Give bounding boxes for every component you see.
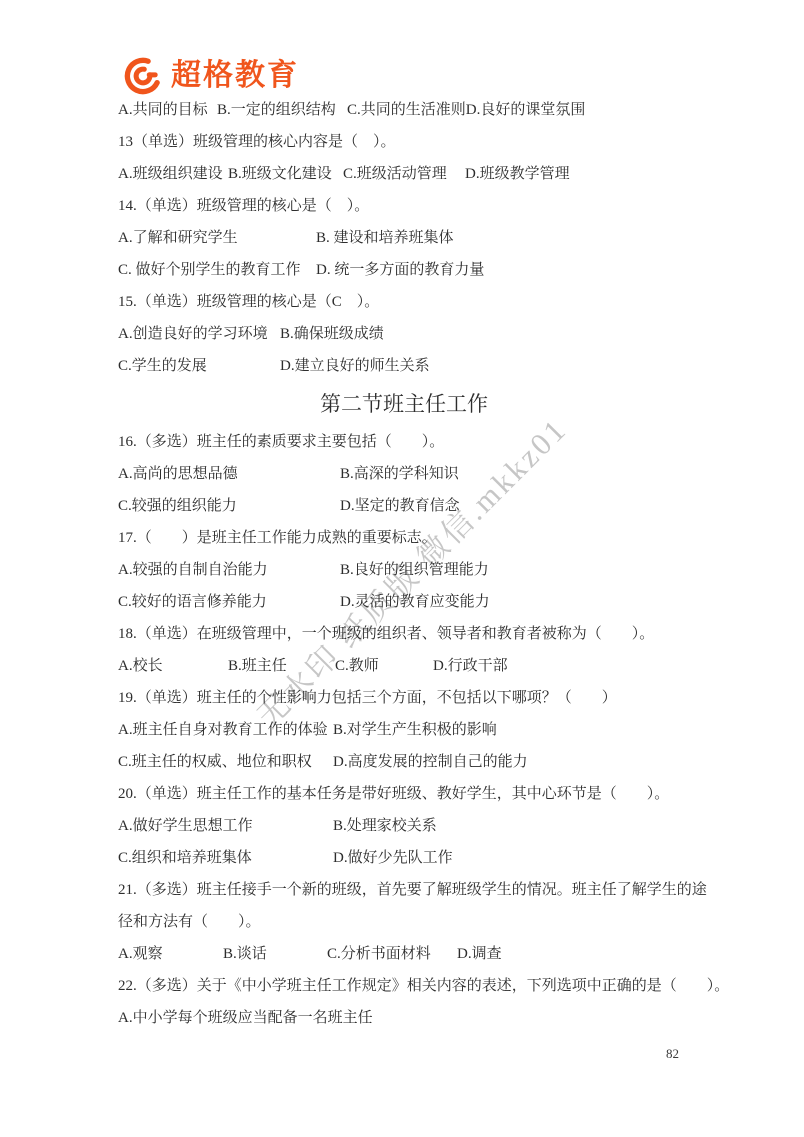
text-segment: 15.（单选）班级管理的核心是（C ）。 (118, 286, 379, 318)
text-segment: A.班主任自身对教育工作的体验 (118, 714, 333, 746)
question-line: A.中小学每个班级应当配备一名班主任 (118, 1002, 690, 1034)
text-segment: D.灵活的教育应变能力 (340, 586, 490, 618)
question-line: 径和方法有（ ）。 (118, 906, 690, 938)
text-segment: B.班级文化建设 (228, 158, 343, 190)
question-line: 19.（单选）班主任的个性影响力包括三个方面，不包括以下哪项？（ ） (118, 682, 690, 714)
text-segment: C.班级活动管理 (343, 158, 465, 190)
question-line: C. 做好个别学生的教育工作D. 统一多方面的教育力量 (118, 254, 690, 286)
text-segment: C.较强的组织能力 (118, 490, 340, 522)
text-segment: 16.（多选）班主任的素质要求主要包括（ ）。 (118, 426, 444, 458)
text-segment: D.高度发展的控制自己的能力 (333, 746, 528, 778)
question-line: C.组织和培养班集体D.做好少先队工作 (118, 842, 690, 874)
text-segment: D.调查 (457, 938, 502, 970)
text-segment: A.中小学每个班级应当配备一名班主任 (118, 1002, 373, 1034)
question-line: C.学生的发展D.建立良好的师生关系 (118, 350, 690, 382)
text-segment: A.共同的目标 (118, 94, 217, 126)
question-line: A.较强的自制自治能力B.良好的组织管理能力 (118, 554, 690, 586)
question-line: A.观察B.谈话C.分析书面材料D.调查 (118, 938, 690, 970)
question-line: A.了解和研究学生B. 建设和培养班集体 (118, 222, 690, 254)
question-line: 20.（单选）班主任工作的基本任务是带好班级、教好学生，其中心环节是（ ）。 (118, 778, 690, 810)
text-segment: 20.（单选）班主任工作的基本任务是带好班级、教好学生，其中心环节是（ ）。 (118, 778, 669, 810)
text-segment: B.确保班级成绩 (280, 318, 384, 350)
question-line: A.班级组织建设B.班级文化建设C.班级活动管理D.班级教学管理 (118, 158, 690, 190)
text-segment: D.做好少先队工作 (333, 842, 453, 874)
text-segment: 14.（单选）班级管理的核心是（ ）。 (118, 190, 369, 222)
question-line: A.班主任自身对教育工作的体验B.对学生产生积极的影响 (118, 714, 690, 746)
text-segment: A.做好学生思想工作 (118, 810, 333, 842)
text-segment: C.分析书面材料 (327, 938, 457, 970)
page-number: 82 (666, 1046, 679, 1062)
text-segment: C.学生的发展 (118, 350, 280, 382)
question-line: 14.（单选）班级管理的核心是（ ）。 (118, 190, 690, 222)
question-line: A.高尚的思想品德B.高深的学科知识 (118, 458, 690, 490)
question-list: A.共同的目标B.一定的组织结构C.共同的生活准则D.良好的课堂氛围13（单选）… (118, 94, 690, 1034)
text-segment: B.高深的学科知识 (340, 458, 459, 490)
text-segment: A.高尚的思想品德 (118, 458, 340, 490)
question-line: C.较强的组织能力D.坚定的教育信念 (118, 490, 690, 522)
text-segment: 22.（多选）关于《中小学班主任工作规定》相关内容的表述，下列选项中正确的是（ … (118, 970, 729, 1002)
text-segment: B.班主任 (228, 650, 335, 682)
text-segment: C.教师 (335, 650, 433, 682)
text-segment: B.一定的组织结构 (217, 94, 347, 126)
text-segment: 径和方法有（ ）。 (118, 906, 261, 938)
text-segment: A.了解和研究学生 (118, 222, 316, 254)
question-line: 13（单选）班级管理的核心内容是（ ）。 (118, 126, 690, 158)
question-line: A.校长B.班主任C.教师D.行政干部 (118, 650, 690, 682)
question-line: A.创造良好的学习环境B.确保班级成绩 (118, 318, 690, 350)
document-page: 超格教育 无水印 纸质版 微信.mkkz01 A.共同的目标B.一定的组织结构C… (0, 0, 804, 1137)
text-segment: B.处理家校关系 (333, 810, 437, 842)
question-line: A.做好学生思想工作B.处理家校关系 (118, 810, 690, 842)
question-line: C.较好的语言修养能力D.灵活的教育应变能力 (118, 586, 690, 618)
text-segment: 19.（单选）班主任的个性影响力包括三个方面，不包括以下哪项？（ ） (118, 682, 617, 714)
text-segment: D.班级教学管理 (465, 158, 570, 190)
text-segment: B. 建设和培养班集体 (316, 222, 454, 254)
question-line: 17.（ ）是班主任工作能力成熟的重要标志。 (118, 522, 690, 554)
text-segment: A.较强的自制自治能力 (118, 554, 340, 586)
brand-name: 超格教育 (171, 56, 299, 96)
question-line: 16.（多选）班主任的素质要求主要包括（ ）。 (118, 426, 690, 458)
text-segment: 21.（多选）班主任接手一个新的班级，首先要了解班级学生的情况。班主任了解学生的… (118, 874, 707, 906)
text-segment: C.班主任的权威、地位和职权 (118, 746, 333, 778)
question-line: 15.（单选）班级管理的核心是（C ）。 (118, 286, 690, 318)
text-segment: A.观察 (118, 938, 223, 970)
text-segment: A.校长 (118, 650, 228, 682)
brand-logo: 超格教育 (123, 56, 299, 96)
text-segment: C.共同的生活准则 (347, 94, 466, 126)
text-segment: 13（单选）班级管理的核心内容是（ ）。 (118, 126, 396, 158)
text-segment: D.良好的课堂氛围 (466, 94, 586, 126)
question-line: A.共同的目标B.一定的组织结构C.共同的生活准则D.良好的课堂氛围 (118, 94, 690, 126)
text-segment: C. 做好个别学生的教育工作 (118, 254, 316, 286)
text-segment: D. 统一多方面的教育力量 (316, 254, 484, 286)
question-line: 18.（单选）在班级管理中，一个班级的组织者、领导者和教育者被称为（ ）。 (118, 618, 690, 650)
question-line: C.班主任的权威、地位和职权D.高度发展的控制自己的能力 (118, 746, 690, 778)
text-segment: B.对学生产生积极的影响 (333, 714, 497, 746)
text-segment: C.组织和培养班集体 (118, 842, 333, 874)
text-segment: 18.（单选）在班级管理中，一个班级的组织者、领导者和教育者被称为（ ）。 (118, 618, 654, 650)
text-segment: D.行政干部 (433, 650, 508, 682)
text-segment: B.良好的组织管理能力 (340, 554, 489, 586)
text-segment: A.班级组织建设 (118, 158, 228, 190)
text-segment: A.创造良好的学习环境 (118, 318, 280, 350)
section-heading: 第二节班主任工作 (118, 382, 690, 426)
text-segment: C.较好的语言修养能力 (118, 586, 340, 618)
text-segment: D.坚定的教育信念 (340, 490, 460, 522)
text-segment: D.建立良好的师生关系 (280, 350, 430, 382)
question-line: 21.（多选）班主任接手一个新的班级，首先要了解班级学生的情况。班主任了解学生的… (118, 874, 690, 906)
chaoge-g-icon (123, 56, 163, 96)
text-segment: B.谈话 (223, 938, 327, 970)
question-line: 22.（多选）关于《中小学班主任工作规定》相关内容的表述，下列选项中正确的是（ … (118, 970, 690, 1002)
text-segment: 17.（ ）是班主任工作能力成熟的重要标志。 (118, 522, 437, 554)
